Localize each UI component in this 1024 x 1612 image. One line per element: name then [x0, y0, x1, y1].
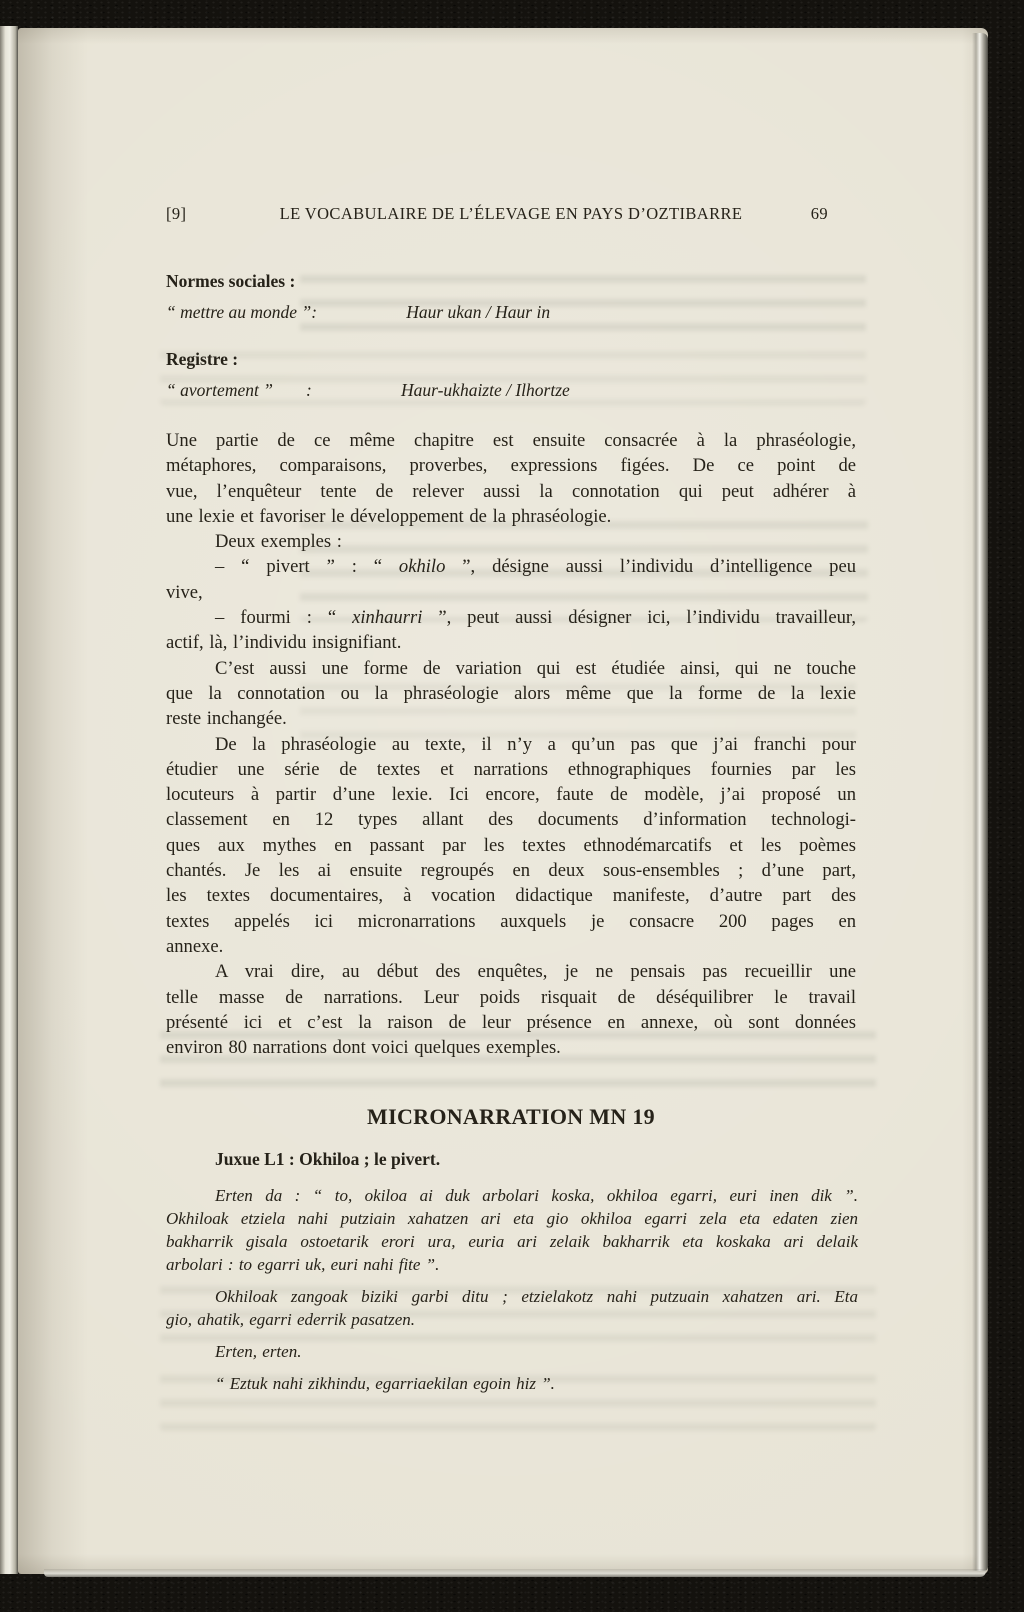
section-heading: MICRONARRATION MN 19	[166, 1104, 856, 1130]
text-line: Une partie de ce même chapitre est ensui…	[166, 428, 856, 453]
text-line: locuteurs à partir d’une lexie. Ici enco…	[166, 782, 856, 807]
text-line: ques aux mythes en passant par les texte…	[166, 833, 856, 858]
text-line: étudier une série de textes et narration…	[166, 757, 856, 782]
text-line: que la connotation ou la phraséologie al…	[166, 681, 856, 706]
glossary-row: “ avortement ” : Haur-ukhaizte / Ilhortz…	[166, 380, 886, 401]
text-line: C’est aussi une forme de variation qui e…	[166, 656, 856, 681]
narration-text: Erten da : “ to, okiloa ai duk arbolari …	[166, 1184, 858, 1395]
glossary-value: Haur-ukhaizte / Ilhortze	[401, 380, 570, 401]
book-page: [9] LE VOCABULAIRE DE L’ÉLEVAGE EN PAYS …	[18, 28, 988, 1574]
facing-page-edge	[0, 26, 18, 1574]
text-line: – “ pivert ” : “ okhilo ”, désigne aussi…	[166, 554, 856, 579]
text-line: actif, là, l’individu insignifiant.	[166, 630, 856, 655]
text-line: reste inchangée.	[166, 706, 856, 731]
text-line: arbolari : to egarri uk, euri nahi fite …	[166, 1253, 858, 1276]
text-line: Deux exemples :	[166, 529, 856, 554]
text-line: telle masse de narrations. Leur poids ri…	[166, 985, 856, 1010]
page-edge-stack	[972, 33, 988, 1571]
glossary-row: “ mettre au monde ” : Haur ukan / Haur i…	[166, 302, 886, 323]
text-line: environ 80 narrations dont voici quelque…	[166, 1035, 856, 1060]
glossary-term: “ avortement ”	[166, 380, 306, 401]
glossary-label-registre: Registre :	[166, 349, 856, 370]
text-line: Okhiloak etziela nahi putziain xahatzen …	[166, 1207, 858, 1230]
running-title: LE VOCABULAIRE DE L’ÉLEVAGE EN PAYS D’OZ…	[280, 204, 743, 224]
text-line: A vrai dire, au début des enquêtes, je n…	[166, 959, 856, 984]
text-line: une lexie et favoriser le développement …	[166, 504, 856, 529]
narration-title: Juxue L1 : Okhiloa ; le pivert.	[215, 1149, 440, 1170]
glossary-separator: :	[311, 302, 406, 323]
text-line: présenté ici et c’est la raison de leur …	[166, 1010, 856, 1035]
text-line: “ Eztuk nahi zikhindu, egarriaekilan ego…	[166, 1372, 858, 1395]
text-line: textes appelés ici micronarrations auxqu…	[166, 909, 856, 934]
page-number: 69	[811, 204, 828, 224]
text-line: Okhiloak zangoak biziki garbi ditu ; etz…	[166, 1285, 858, 1308]
body-text: Une partie de ce même chapitre est ensui…	[166, 428, 856, 1060]
text-line: les textes documentaires, à vocation did…	[166, 883, 856, 908]
text-line: classement en 12 types allant des docume…	[166, 807, 856, 832]
text-line: Erten, erten.	[166, 1340, 858, 1363]
glossary-label-normes-sociales: Normes sociales :	[166, 271, 856, 292]
text-line: bakharrik gisala ostoetarik erori ura, e…	[166, 1230, 858, 1253]
glossary-separator: :	[306, 380, 401, 401]
text-line: annexe.	[166, 934, 856, 959]
text-line: vive,	[166, 580, 856, 605]
glossary-value: Haur ukan / Haur in	[406, 302, 550, 323]
text-line: gio, ahatik, egarri ederrik pasatzen.	[166, 1308, 858, 1331]
text-line: chantés. Je les ai ensuite regroupés en …	[166, 858, 856, 883]
text-line: Erten da : “ to, okiloa ai duk arbolari …	[166, 1184, 858, 1207]
text-line: – fourmi : “ xinhaurri ”, peut aussi dés…	[166, 605, 856, 630]
text-line: De la phraséologie au texte, il n’y a qu…	[166, 732, 856, 757]
glossary-term: “ mettre au monde ”	[166, 302, 311, 323]
section-index-marker: [9]	[166, 204, 186, 224]
book-scan-screenshot: { "colors": { "paper": "#e8e4d6", "ink":…	[0, 0, 1024, 1612]
text-line: vue, l’enquêteur tente de relever aussi …	[166, 479, 856, 504]
text-line: métaphores, comparaisons, proverbes, exp…	[166, 453, 856, 478]
